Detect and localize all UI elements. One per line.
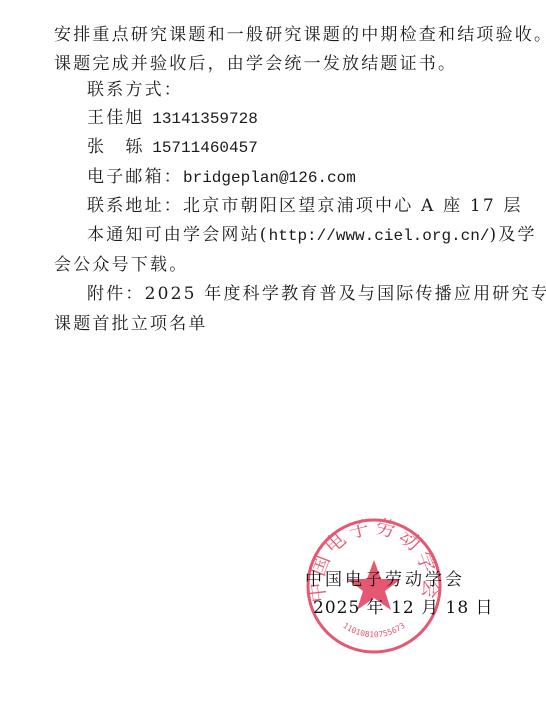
website-link[interactable]: http://www.ciel.org.cn/ — [269, 227, 490, 245]
contact-address: 联系地址：北京市朝阳区望京浦项中心 A 座 17 层 — [87, 196, 523, 216]
signature-organization: 中国电子劳动学会 — [305, 570, 465, 590]
download-note-suffix: )及学 — [489, 225, 536, 245]
signature-date: 2025 年 12 月 18 日 — [313, 598, 494, 618]
contact-heading: 联系方式： — [87, 80, 183, 100]
contact-email: 电子邮箱：bridgeplan@126.com — [87, 167, 356, 188]
address-value: 北京市朝阳区望京浦项中心 A 座 17 层 — [183, 196, 523, 216]
download-note-line-2: 会公众号下载。 — [54, 255, 188, 275]
email-value[interactable]: bridgeplan@126.com — [183, 169, 356, 187]
document-page: 安排重点研究课题和一般研究课题的中期检查和结项验收。 课题完成并验收后，由学会统… — [0, 0, 546, 719]
contact-phone: 13141359728 — [152, 110, 258, 128]
body-line-2: 课题完成并验收后，由学会统一发放结题证书。 — [54, 54, 457, 74]
contact-name: 王佳旭 — [87, 108, 145, 128]
attachment-line-2: 课题首批立项名单 — [54, 314, 208, 334]
email-label: 电子邮箱： — [87, 167, 183, 187]
seal-number: 11010810755673 — [341, 621, 407, 640]
contact-person-2: 张 轹 15711460457 — [87, 137, 258, 158]
body-line-1: 安排重点研究课题和一般研究课题的中期检查和结项验收。 — [54, 25, 546, 45]
address-label: 联系地址： — [87, 196, 183, 216]
contact-person-1: 王佳旭 13141359728 — [87, 108, 258, 129]
download-note-line-1: 本通知可由学会网站(http://www.ciel.org.cn/)及学 — [87, 225, 537, 246]
download-note-prefix: 本通知可由学会网站( — [87, 225, 269, 245]
svg-text:11010810755673: 11010810755673 — [341, 621, 407, 640]
attachment-line-1: 附件：2025 年度科学教育普及与国际传播应用研究专项 — [87, 284, 546, 304]
contact-name: 张 轹 — [87, 137, 145, 157]
contact-phone: 15711460457 — [152, 139, 258, 157]
